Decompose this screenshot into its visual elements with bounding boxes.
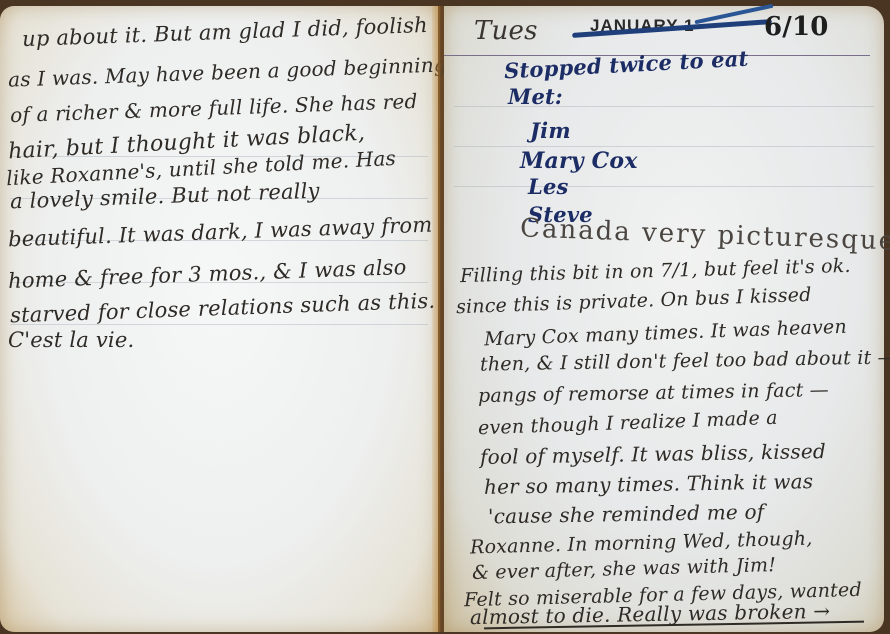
handwritten-line: her so many times. Think it was — [484, 469, 814, 499]
handwritten-line: Filling this bit in on 7/1, but feel it'… — [460, 255, 851, 287]
diary-spread: up about it. But am glad I did, foolish … — [0, 0, 890, 634]
handwritten-line: C'est la vie. — [8, 328, 134, 352]
right-page: Tues JANUARY 1 6/10 Stopped twice to eat… — [444, 6, 884, 632]
handwritten-line: as I was. May have been a good beginning — [8, 52, 447, 91]
handwritten-line: Mary Cox many times. It was heaven — [484, 316, 847, 351]
handwritten-line: 'cause she reminded me of — [488, 500, 765, 529]
handwritten-line: starved for close relations such as this… — [10, 289, 436, 328]
written-date: 6/10 — [764, 12, 829, 42]
handwritten-line: pangs of remorse at times in fact — — [478, 379, 829, 407]
handwritten-line: up about it. But am glad I did, foolish — [22, 13, 428, 51]
handwritten-line: home & free for 3 mos., & I was also — [8, 255, 407, 293]
ruled-line — [454, 186, 874, 187]
blue-ink-line: Les — [528, 174, 569, 199]
handwritten-line: then, & I still don't feel too bad about… — [480, 346, 890, 375]
blue-ink-line: Mary Cox — [520, 148, 638, 174]
handwritten-line: beautiful. It was dark, I was away from — [8, 213, 433, 252]
day-label: Tues — [474, 16, 538, 46]
ruled-line — [454, 146, 874, 147]
handwritten-line: fool of myself. It was bliss, kissed — [480, 439, 826, 469]
left-page: up about it. But am glad I did, foolish … — [0, 6, 438, 632]
pencil-line: Canada very picturesque — [520, 213, 890, 256]
blue-ink-line: Jim — [530, 118, 571, 143]
handwritten-line: since this is private. On bus I kissed — [456, 284, 812, 318]
blue-ink-line: Met: — [508, 84, 563, 109]
handwritten-line: even though I realize I made a — [478, 407, 778, 439]
handwritten-line: & ever after, she was with Jim! — [472, 554, 777, 584]
